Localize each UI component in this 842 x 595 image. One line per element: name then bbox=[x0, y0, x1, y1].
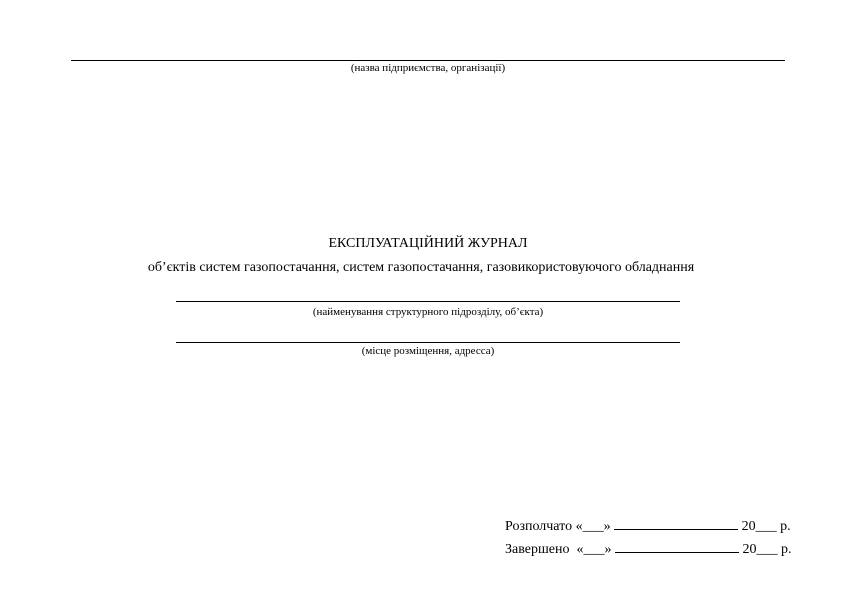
finished-date-row: Завершено «___» 20___ р. bbox=[505, 540, 791, 558]
journal-subtitle: об’єктів систем газопостачання, систем г… bbox=[0, 260, 842, 276]
organization-line bbox=[71, 60, 785, 61]
finished-year: 20___ bbox=[742, 542, 777, 557]
location-line bbox=[176, 342, 680, 343]
finished-day: «___» bbox=[576, 542, 611, 557]
subdivision-caption: (найменування структурного підрозділу, о… bbox=[176, 306, 680, 318]
journal-title: ЕКСПЛУАТАЦІЙНИЙ ЖУРНАЛ bbox=[0, 236, 842, 252]
finished-month-blank bbox=[615, 540, 739, 553]
location-caption: (місце розміщення, адресса) bbox=[176, 345, 680, 357]
started-label: Розполчато bbox=[505, 519, 572, 534]
started-date-row: Розполчато «___» 20___ р. bbox=[505, 517, 791, 535]
finished-year-suffix: р. bbox=[781, 542, 792, 557]
subdivision-line bbox=[176, 301, 680, 302]
organization-caption: (назва підприємства, організації) bbox=[71, 62, 785, 74]
started-year-suffix: р. bbox=[780, 519, 791, 534]
started-day: «___» bbox=[576, 519, 611, 534]
started-year: 20___ bbox=[742, 519, 777, 534]
started-month-blank bbox=[614, 517, 738, 530]
finished-label: Завершено bbox=[505, 542, 569, 557]
